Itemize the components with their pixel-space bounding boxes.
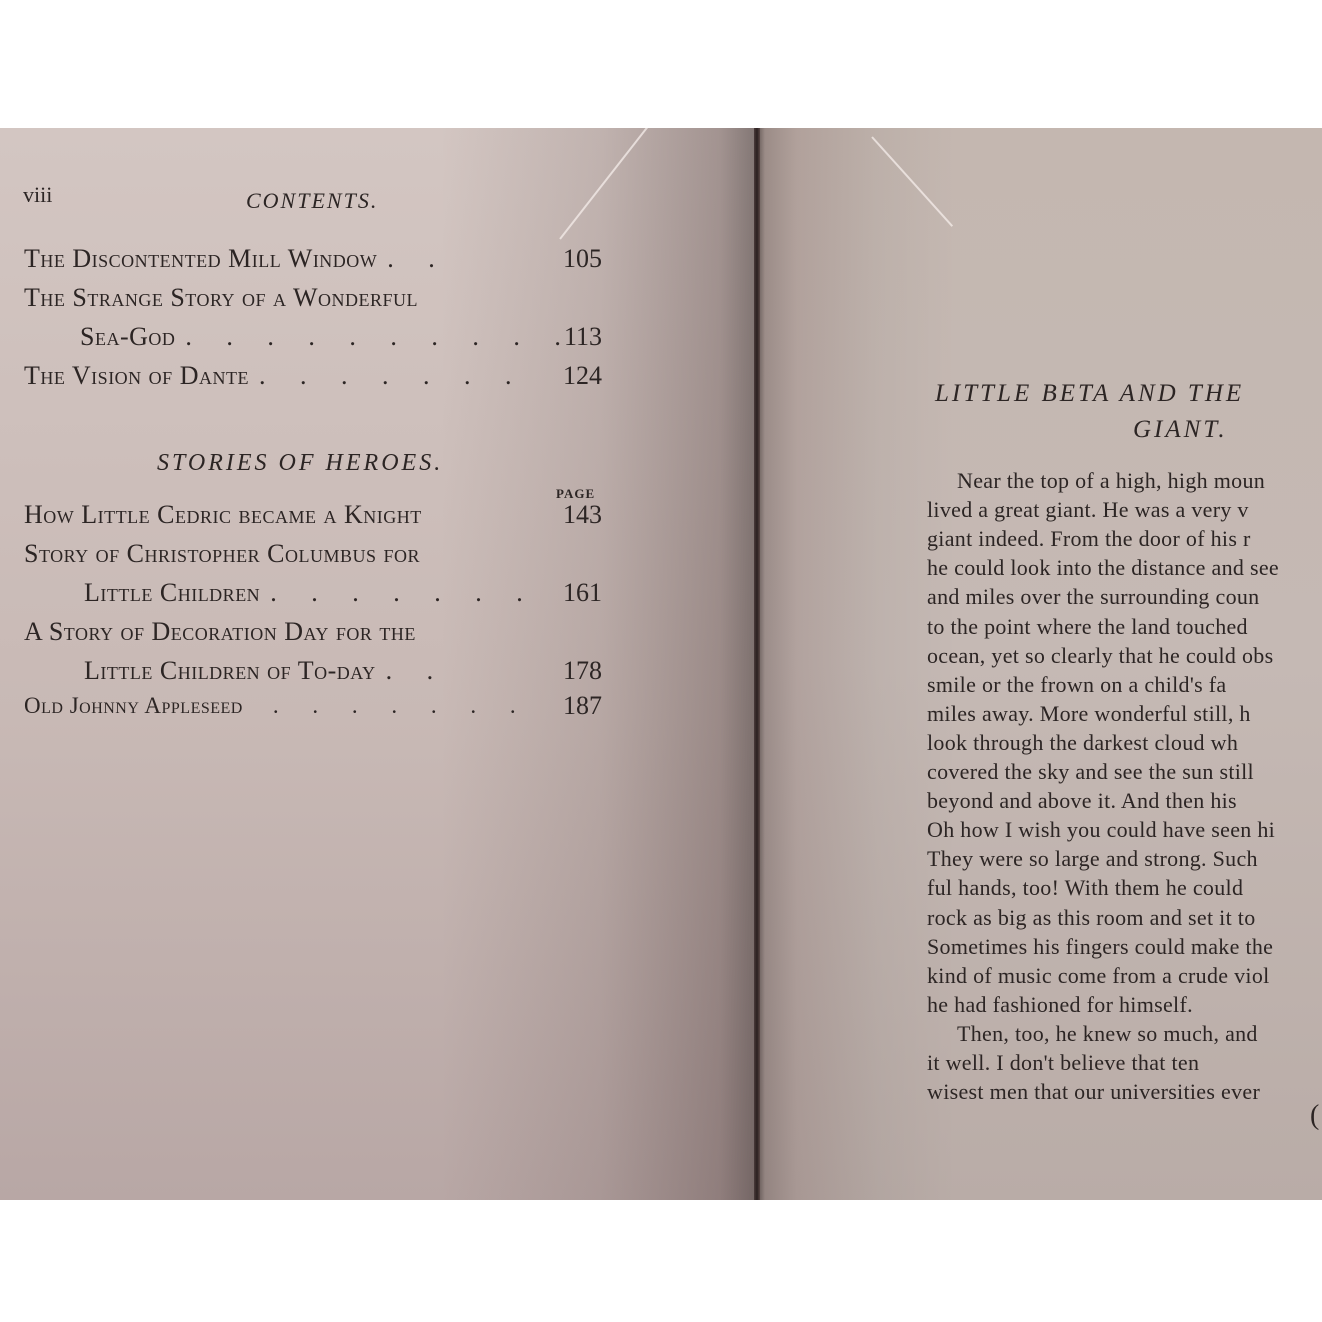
story-line: Near the top of a high, high moun — [957, 468, 1265, 494]
story-line: it well. I don't believe that ten — [927, 1050, 1199, 1076]
toc-entry-page: 124 — [563, 361, 602, 391]
toc-entry-page: 105 — [563, 244, 602, 274]
toc-entry-continuation: Little Children. . . . . . . 161 — [84, 578, 602, 608]
toc-entry: A Story of Decoration Day for the — [24, 617, 546, 647]
page-crease — [871, 136, 953, 227]
toc-entry-title: The Vision of Dante — [24, 361, 249, 391]
trailing-glyph: ( — [1310, 1100, 1319, 1132]
story-line: giant indeed. From the door of his r — [927, 526, 1251, 552]
story-line: to the point where the land touched — [927, 614, 1248, 640]
story-line: and miles over the surrounding coun — [927, 584, 1260, 610]
toc-entry: The Discontented Mill Window. . 105 — [24, 244, 602, 274]
toc-entry-title: Story of Christopher Columbus for — [24, 539, 420, 569]
toc-entry-page: 143 — [563, 500, 602, 530]
story-line: kind of music come from a crude viol — [927, 963, 1270, 989]
toc-entry-continuation: Little Children of To-day. . 178 — [84, 656, 602, 686]
story-line: They were so large and strong. Such — [927, 846, 1258, 872]
story-line: rock as big as this room and set it to — [927, 905, 1256, 931]
story-title: LITTLE BETA AND THE — [935, 380, 1244, 408]
toc-entry-title: The Discontented Mill Window — [24, 244, 377, 274]
toc-entry-title: How Little Cedric became a Knight — [24, 500, 422, 530]
toc-entry-page: 113 — [564, 322, 602, 352]
toc-leader: . . . . . . . — [270, 578, 537, 608]
toc-entry-title: A Story of Decoration Day for the — [24, 617, 416, 647]
toc-leader: . . — [386, 656, 448, 686]
toc-entry: The Vision of Dante. . . . . . . 124 — [24, 361, 602, 391]
story-line: look through the darkest cloud wh — [927, 730, 1238, 756]
toc-entry-continuation: Sea-God. . . . . . . . . . 113 — [80, 322, 602, 352]
section-heading: STORIES OF HEROES. — [157, 450, 443, 477]
book-photo: viii CONTENTS. The Discontented Mill Win… — [0, 128, 1322, 1200]
story-line: he could look into the distance and see — [927, 555, 1279, 581]
story-line: covered the sky and see the sun still — [927, 759, 1254, 785]
toc-entry-title: The Strange Story of a Wonderful — [24, 283, 418, 313]
toc-leader: . . . . . . . . . . — [185, 322, 575, 352]
story-line: smile or the frown on a child's fa — [927, 672, 1226, 698]
toc-leader: . . . . . . . — [259, 361, 526, 391]
story-line: ocean, yet so clearly that he could obs — [927, 643, 1273, 669]
story-line: Sometimes his fingers could make the — [927, 934, 1273, 960]
toc-entry-title: Little Children of To-day — [84, 656, 376, 686]
toc-entry: Old Johnny Appleseed. . . . . . . 187 — [24, 693, 602, 719]
story-line: miles away. More wonderful still, h — [927, 701, 1251, 727]
story-page: LITTLE BETA AND THE GIANT. Near the top … — [757, 128, 1322, 1200]
toc-entry-title: Little Children — [84, 578, 260, 608]
book-gutter — [754, 128, 760, 1200]
toc-leader: . . — [387, 244, 449, 274]
toc-leader: . . . . . . . — [273, 693, 530, 719]
running-head: CONTENTS. — [246, 188, 378, 214]
toc-entry: Story of Christopher Columbus for — [24, 539, 546, 569]
toc-entry-title: Sea-God — [80, 322, 175, 352]
toc-entry: The Strange Story of a Wonderful — [24, 283, 546, 313]
toc-entry: How Little Cedric became a Knight 143 — [24, 500, 602, 530]
story-line: he had fashioned for himself. — [927, 992, 1193, 1018]
story-line: Oh how I wish you could have seen hi — [927, 817, 1275, 843]
page-crease — [559, 128, 653, 240]
page-number: viii — [23, 182, 52, 208]
contents-page: viii CONTENTS. The Discontented Mill Win… — [0, 128, 757, 1200]
story-title-continued: GIANT. — [1133, 416, 1228, 444]
story-line: wisest men that our universities ever — [927, 1079, 1260, 1105]
toc-entry-page: 161 — [563, 578, 602, 608]
story-line: ful hands, too! With them he could — [927, 875, 1243, 901]
story-line: lived a great giant. He was a very v — [927, 497, 1249, 523]
toc-entry-title: Old Johnny Appleseed — [24, 693, 243, 719]
toc-entry-page: 187 — [563, 691, 602, 721]
story-line: beyond and above it. And then his — [927, 788, 1237, 814]
story-line: Then, too, he knew so much, and — [957, 1021, 1258, 1047]
toc-entry-page: 178 — [563, 656, 602, 686]
